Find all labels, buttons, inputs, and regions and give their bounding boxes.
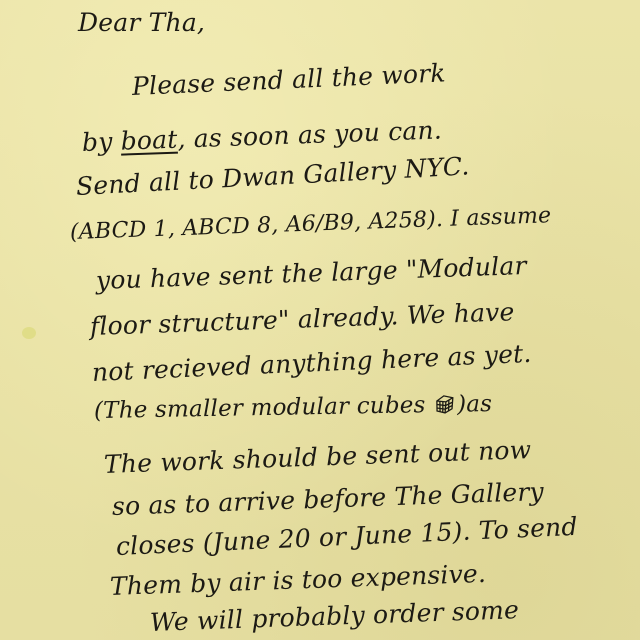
letter-line-8-post: )as	[457, 391, 493, 418]
letter-line-2-post: , as soon as you can.	[177, 115, 442, 153]
letter-line-9: The work should be sent out now	[103, 435, 531, 479]
modular-cube-sketch-icon	[434, 393, 456, 415]
letter-line-13: We will probably order some	[149, 595, 519, 637]
handwritten-letter-page: Dear Tha, Please send all the work by bo…	[0, 0, 640, 640]
letter-line-6: floor structure" already. We have	[89, 297, 514, 341]
letter-line-10: so as to arrive before The Gallery	[111, 477, 544, 521]
letter-salutation: Dear Tha,	[78, 8, 205, 37]
letter-line-5: you have sent the large "Modular	[95, 251, 527, 295]
letter-line-3: Send all to Dwan Gallery NYC.	[75, 151, 470, 201]
letter-line-2: by boat, as soon as you can.	[81, 115, 442, 157]
letter-line-8-pre: (The smaller modular cubes	[94, 392, 434, 424]
letter-line-7: not recieved anything here as yet.	[91, 339, 532, 387]
letter-line-2-pre: by	[81, 127, 121, 157]
letter-line-4: (ABCD 1, ABCD 8, A6/B9, A258). I assume	[70, 203, 552, 245]
paper-stain	[22, 327, 36, 339]
letter-line-12: Them by air is too expensive.	[109, 559, 486, 601]
letter-line-1: Please send all the work	[131, 58, 446, 101]
letter-line-2-emphasis: boat	[120, 125, 178, 156]
letter-line-11: closes (June 20 or June 15). To send	[115, 512, 578, 561]
letter-line-8: (The smaller modular cubes )as	[94, 391, 493, 424]
